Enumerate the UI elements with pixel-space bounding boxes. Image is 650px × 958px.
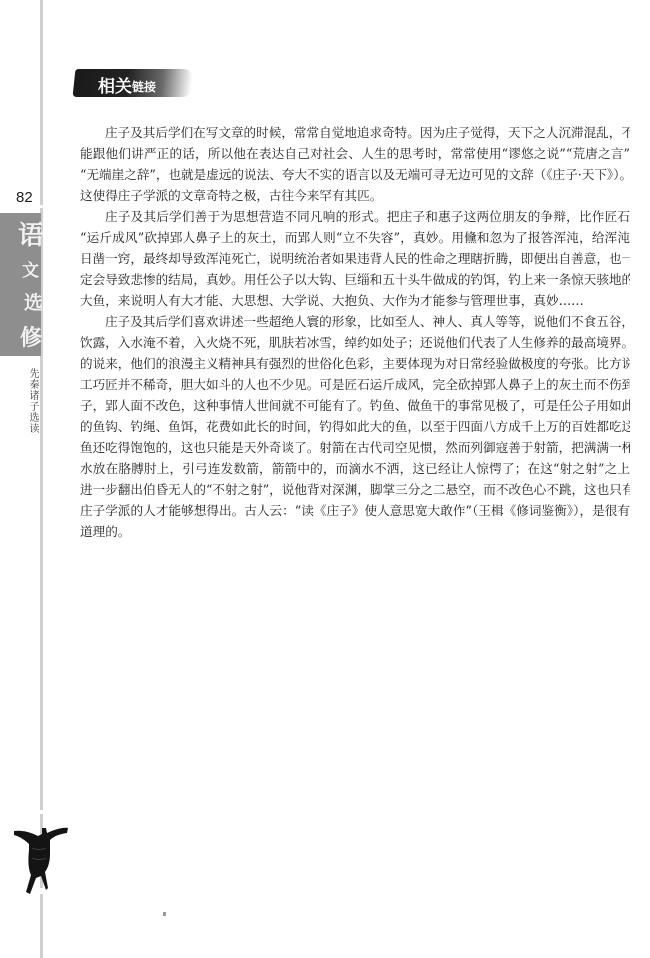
side-band-char: 语 xyxy=(18,215,44,252)
side-band: 语 文 选 修 xyxy=(0,213,41,356)
paragraph: 庄子及其后学们喜欢讲述一些超绝人寰的形象，比如至人、神人、真人等等，说他们不食五… xyxy=(80,311,630,542)
text-line: 定会导致悲惨的结局，真妙。用任公子以大钩、巨缁和五十头牛做成的钓饵，钓上来一条惊… xyxy=(80,269,630,290)
text-line: 庄子及其后学们喜欢讲述一些超绝人寰的形象，比如至人、神人、真人等等，说他们不食五… xyxy=(80,311,630,332)
text-line: 进一步翻出伯昏无人的“不射之射”，说他背对深渊，脚掌三分之二悬空，而不改色心不跳… xyxy=(80,479,630,500)
page-number: 82 xyxy=(16,189,33,206)
margin-rule-gap xyxy=(38,888,45,894)
print-speck xyxy=(163,912,166,916)
side-band-char: 选 xyxy=(24,288,43,315)
text-line: 能跟他们讲严正的话，所以他在表达自己对社会、人生的思考时，常常使用“谬悠之说”“… xyxy=(80,143,630,164)
side-caption: 先秦诸子选读 xyxy=(27,368,39,434)
section-header-sub: 链接 xyxy=(132,78,156,95)
section-header: 相关 链接 xyxy=(74,66,192,100)
body-text: 庄子及其后学们在写文章的时候，常常自觉地追求奇特。因为庄子觉得，天下之人沉滞混乱… xyxy=(80,122,630,542)
text-line: 鱼还吃得饱饱的，这也只能是天外奇谈了。射箭在古代司空见惯，然而列御寇善于射箭，把… xyxy=(80,437,630,458)
section-header-main: 相关 xyxy=(98,72,132,97)
margin-rule-gap xyxy=(38,810,45,814)
text-line: 工巧匠并不稀奇，胆大如斗的人也不少见。可是匠石运斤成风，完全砍掉郢人鼻子上的灰土… xyxy=(80,374,630,395)
text-line: 道理的。 xyxy=(80,521,630,542)
text-line: “无端崖之辞”，也就是虚远的说法、夸大不实的语言以及无端可寻无边可见的文辞（《庄… xyxy=(80,164,630,185)
text-line: 子，郢人面不改色，这种事情人世间就不可能有了。钓鱼、做鱼干的事常见极了，可是任公… xyxy=(80,395,630,416)
text-line: 水放在胳膊肘上，引弓连发数箭，箭箭中的，而滴水不洒，这已经让人惊愕了；在这“射之… xyxy=(80,458,630,479)
text-line: 的鱼钩、钓绳、鱼饵，花费如此长的时间，钓得如此大的鱼，以至于四面八方成千上万的百… xyxy=(80,416,630,437)
paragraph: 庄子及其后学们善于为思想营造不同凡响的形式。把庄子和惠子这两位朋友的争辩，比作匠… xyxy=(80,206,630,311)
text-line: 庄子及其后学们在写文章的时候，常常自觉地追求奇特。因为庄子觉得，天下之人沉滞混乱… xyxy=(80,122,630,143)
side-band-char: 修 xyxy=(20,321,42,352)
paragraph: 庄子及其后学们在写文章的时候，常常自觉地追求奇特。因为庄子觉得，天下之人沉滞混乱… xyxy=(80,122,630,206)
text-line: 日凿一窍，最终却导致浑沌死亡，说明统治者如果违背人民的性命之理瞎折腾，即便出自善… xyxy=(80,248,630,269)
margin-rule-gap xyxy=(38,205,45,208)
text-line: 这使得庄子学派的文章奇特之极，古往今来罕有其匹。 xyxy=(80,185,630,206)
text-line: 大鱼，来说明人有大才能、大思想、大学说、大抱负、大作为才能参与管理世事，真妙…… xyxy=(80,290,630,311)
text-line: 饮露，入水淹不着，入火烧不死，肌肤若冰雪，绰约如处子；还说他们代表了人生修养的最… xyxy=(80,332,630,353)
side-band-char: 文 xyxy=(22,256,39,281)
text-line: 庄子学派的人才能够想得出。古人云：“读《庄子》使人意思宽大敢作”（王楫《修词鉴衡… xyxy=(80,500,630,521)
text-line: 的说来，他们的浪漫主义精神具有强烈的世俗化色彩，主要体现为对日常经验做极度的夸张… xyxy=(80,353,630,374)
text-line: 庄子及其后学们善于为思想营造不同凡响的形式。把庄子和惠子这两位朋友的争辩，比作匠… xyxy=(80,206,630,227)
margin-rule xyxy=(40,0,43,958)
text-line: “运斤成风”砍掉郢人鼻子上的灰土，而郢人则“立不失容”，真妙。用儵和忽为了报答浑… xyxy=(80,227,630,248)
